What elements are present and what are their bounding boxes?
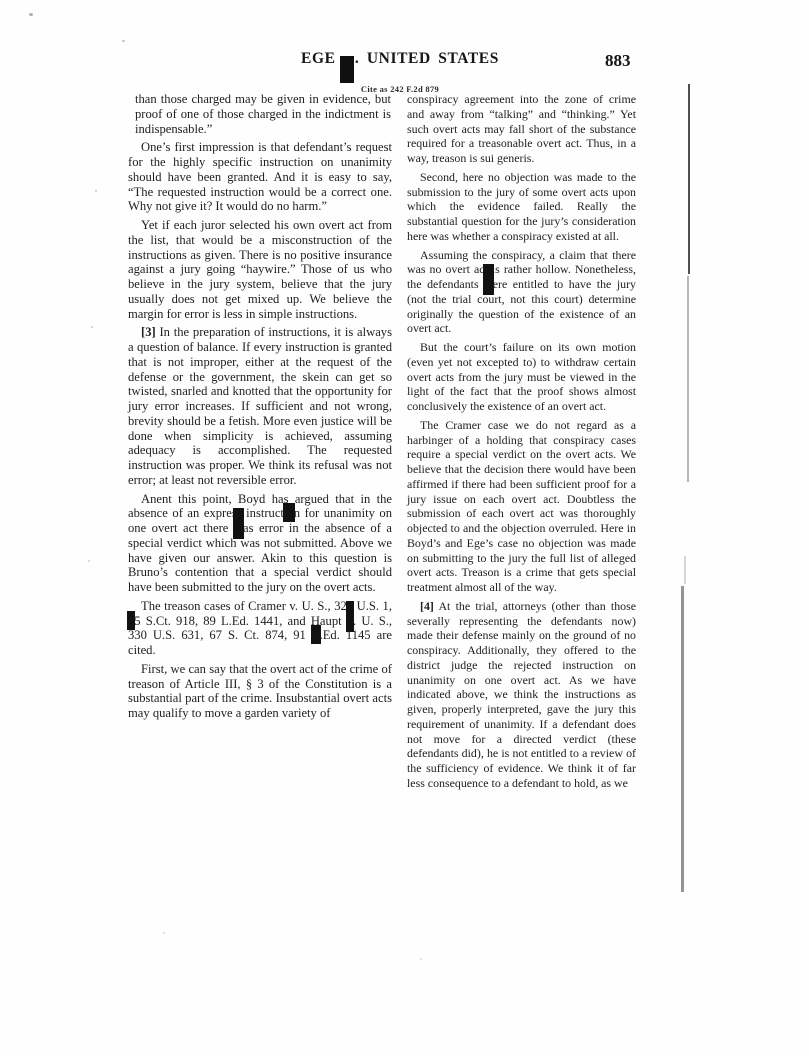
paragraph: One’s first impression is that defendant… [128,140,392,214]
scanned-case-report-page: EGEv. UNITED STATES Cite as 242 F.2d 879… [0,0,809,1056]
scan-speck [163,932,165,934]
paragraph: [3] In the preparation of instructions, … [128,325,392,487]
scan-speck [420,958,422,960]
bracket-number: [4] [420,599,434,613]
bracket-number: [3] [141,325,156,339]
scan-artifact-line [684,556,686,584]
redaction-mark: w [234,521,243,535]
paragraph: Second, here no objection was made to th… [407,170,636,244]
paragraph: Anent this point, Boyd has argued that i… [128,492,392,595]
left-column: than those charged may be given in evide… [128,92,392,795]
paragraph: Assuming the conspiracy, a claim that th… [407,248,636,337]
scan-speck [122,40,125,42]
scan-artifact-line [687,276,689,482]
redaction-mark: 6 [128,614,134,628]
right-column: conspiracy agreement into the zone of cr… [407,92,636,795]
text-columns: than those charged may be given in evide… [128,92,662,795]
case-title-left: EGE [301,50,336,67]
running-head: EGEv. UNITED STATES Cite as 242 F.2d 879 [120,50,680,94]
scan-speck [29,13,33,16]
scan-speck [91,326,93,328]
scan-speck [95,190,97,192]
paragraph: The treason cases of Cramer v. U. S., 32… [128,599,392,658]
redaction-mark: L [312,628,320,642]
paragraph: conspiracy agreement into the zone of cr… [407,92,636,166]
case-title: EGEv. UNITED STATES [120,50,680,83]
redaction-mark: v [347,614,353,628]
paragraph: The Cramer case we do not regard as a ha… [407,418,636,595]
paragraph: Yet if each juror selected his own overt… [128,218,392,321]
scan-speck [88,560,90,562]
paragraph: First, we can say that the overt act of … [128,662,392,721]
redaction-mark: io [284,506,294,520]
paragraph: [4] At the trial, attorneys (other than … [407,599,636,791]
redaction-mark: w [484,277,493,291]
case-title-right: . UNITED STATES [355,50,499,67]
page-number: 883 [605,51,631,71]
paragraph: than those charged may be given in evide… [135,92,391,136]
redaction-mark: v [340,56,354,83]
paragraph: But the court’s failure on its own motio… [407,340,636,414]
scan-artifact-line [681,586,684,892]
scan-artifact-line [688,84,690,274]
